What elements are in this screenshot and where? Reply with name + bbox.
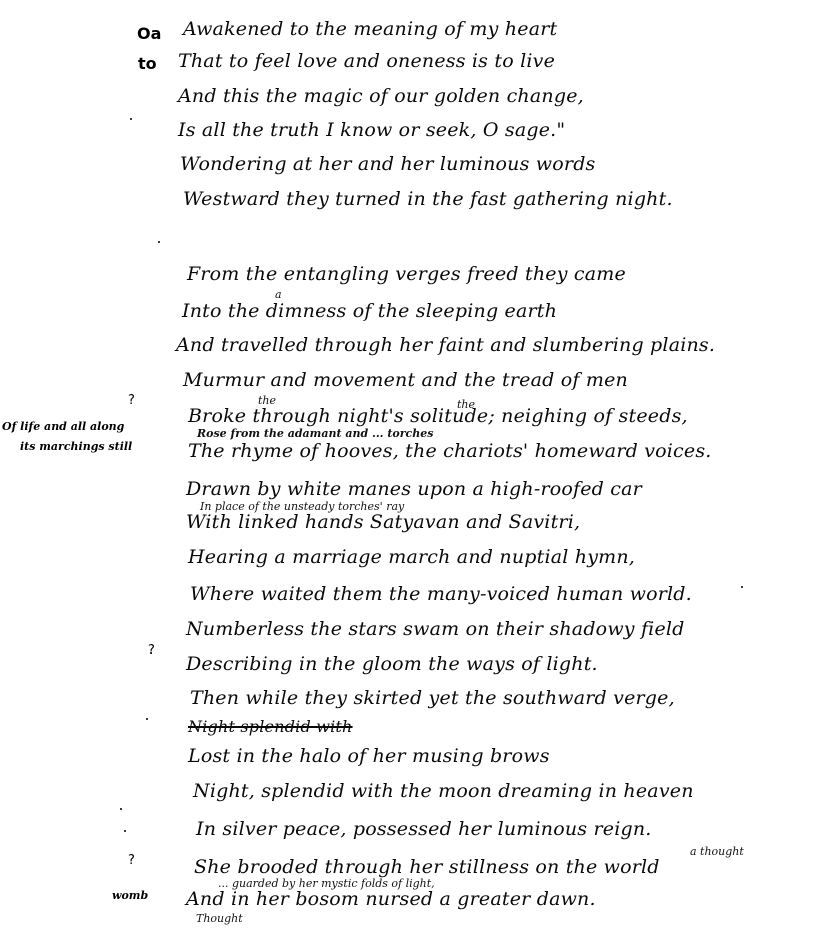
query-mark: ? [128,853,135,868]
manuscript-line: The rhyme of hooves, the chariots' homew… [188,440,712,462]
manuscript-line: Westward they turned in the fast gatheri… [183,188,673,210]
manuscript-line: Broke through night's solitude; neighing… [188,405,688,427]
manuscript-line: Lost in the halo of her musing brows [188,745,550,767]
manuscript-line: Is all the truth I know or seek, O sage.… [178,119,565,141]
manuscript-line: Where waited them the many-voiced human … [190,583,692,605]
manuscript-line: Drawn by white manes upon a high-roofed … [186,478,642,500]
manuscript-line: In silver peace, possessed her luminous … [196,818,652,840]
margin-mark-oa: Oa [137,24,161,43]
manuscript-line: And in her bosom nursed a greater dawn. [186,888,596,910]
scan-speck [741,586,743,588]
scan-speck [158,241,160,243]
manuscript-line: She brooded through her stillness on the… [194,856,660,878]
manuscript-line: And this the magic of our golden change, [178,85,584,107]
margin-mark-to: to [138,54,157,73]
manuscript-line: From the entangling verges freed they ca… [187,263,626,285]
margin-note: its marchings still [20,440,132,453]
manuscript-line: Awakened to the meaning of my heart [183,18,557,40]
scan-speck [130,118,132,120]
manuscript-line: Numberless the stars swam on their shado… [186,618,685,640]
manuscript-line: Hearing a marriage march and nuptial hym… [188,546,635,568]
manuscript-line: Into the dimness of the sleeping earth [182,300,557,322]
interlinear-insertion: Rose from the adamant and ... torches [197,427,433,440]
scan-speck [150,652,152,654]
query-mark: ? [148,643,155,658]
interlinear-insertion: Thought [196,912,243,925]
struck-line: Night splendid with [188,717,353,736]
interlinear-insertion: a thought [690,845,744,858]
scan-speck [120,808,122,810]
margin-note: Of life and all along [2,420,124,433]
manuscript-line: Describing in the gloom the ways of ligh… [186,653,598,675]
query-mark: ? [128,393,135,408]
scan-speck [146,718,148,720]
manuscript-line: Night, splendid with the moon dreaming i… [193,780,694,802]
manuscript-line: Murmur and movement and the tread of men [183,369,628,391]
margin-note: womb [112,889,148,902]
manuscript-line: That to feel love and oneness is to live [178,50,555,72]
scan-speck [124,830,126,832]
manuscript-line: With linked hands Satyavan and Savitri, [186,511,580,533]
manuscript-line: And travelled through her faint and slum… [176,334,715,356]
manuscript-line: Then while they skirted yet the southwar… [190,687,675,709]
manuscript-page: Oa to ? ? ? Awakened to the meaning of m… [0,0,821,929]
manuscript-line: Wondering at her and her luminous words [180,153,596,175]
